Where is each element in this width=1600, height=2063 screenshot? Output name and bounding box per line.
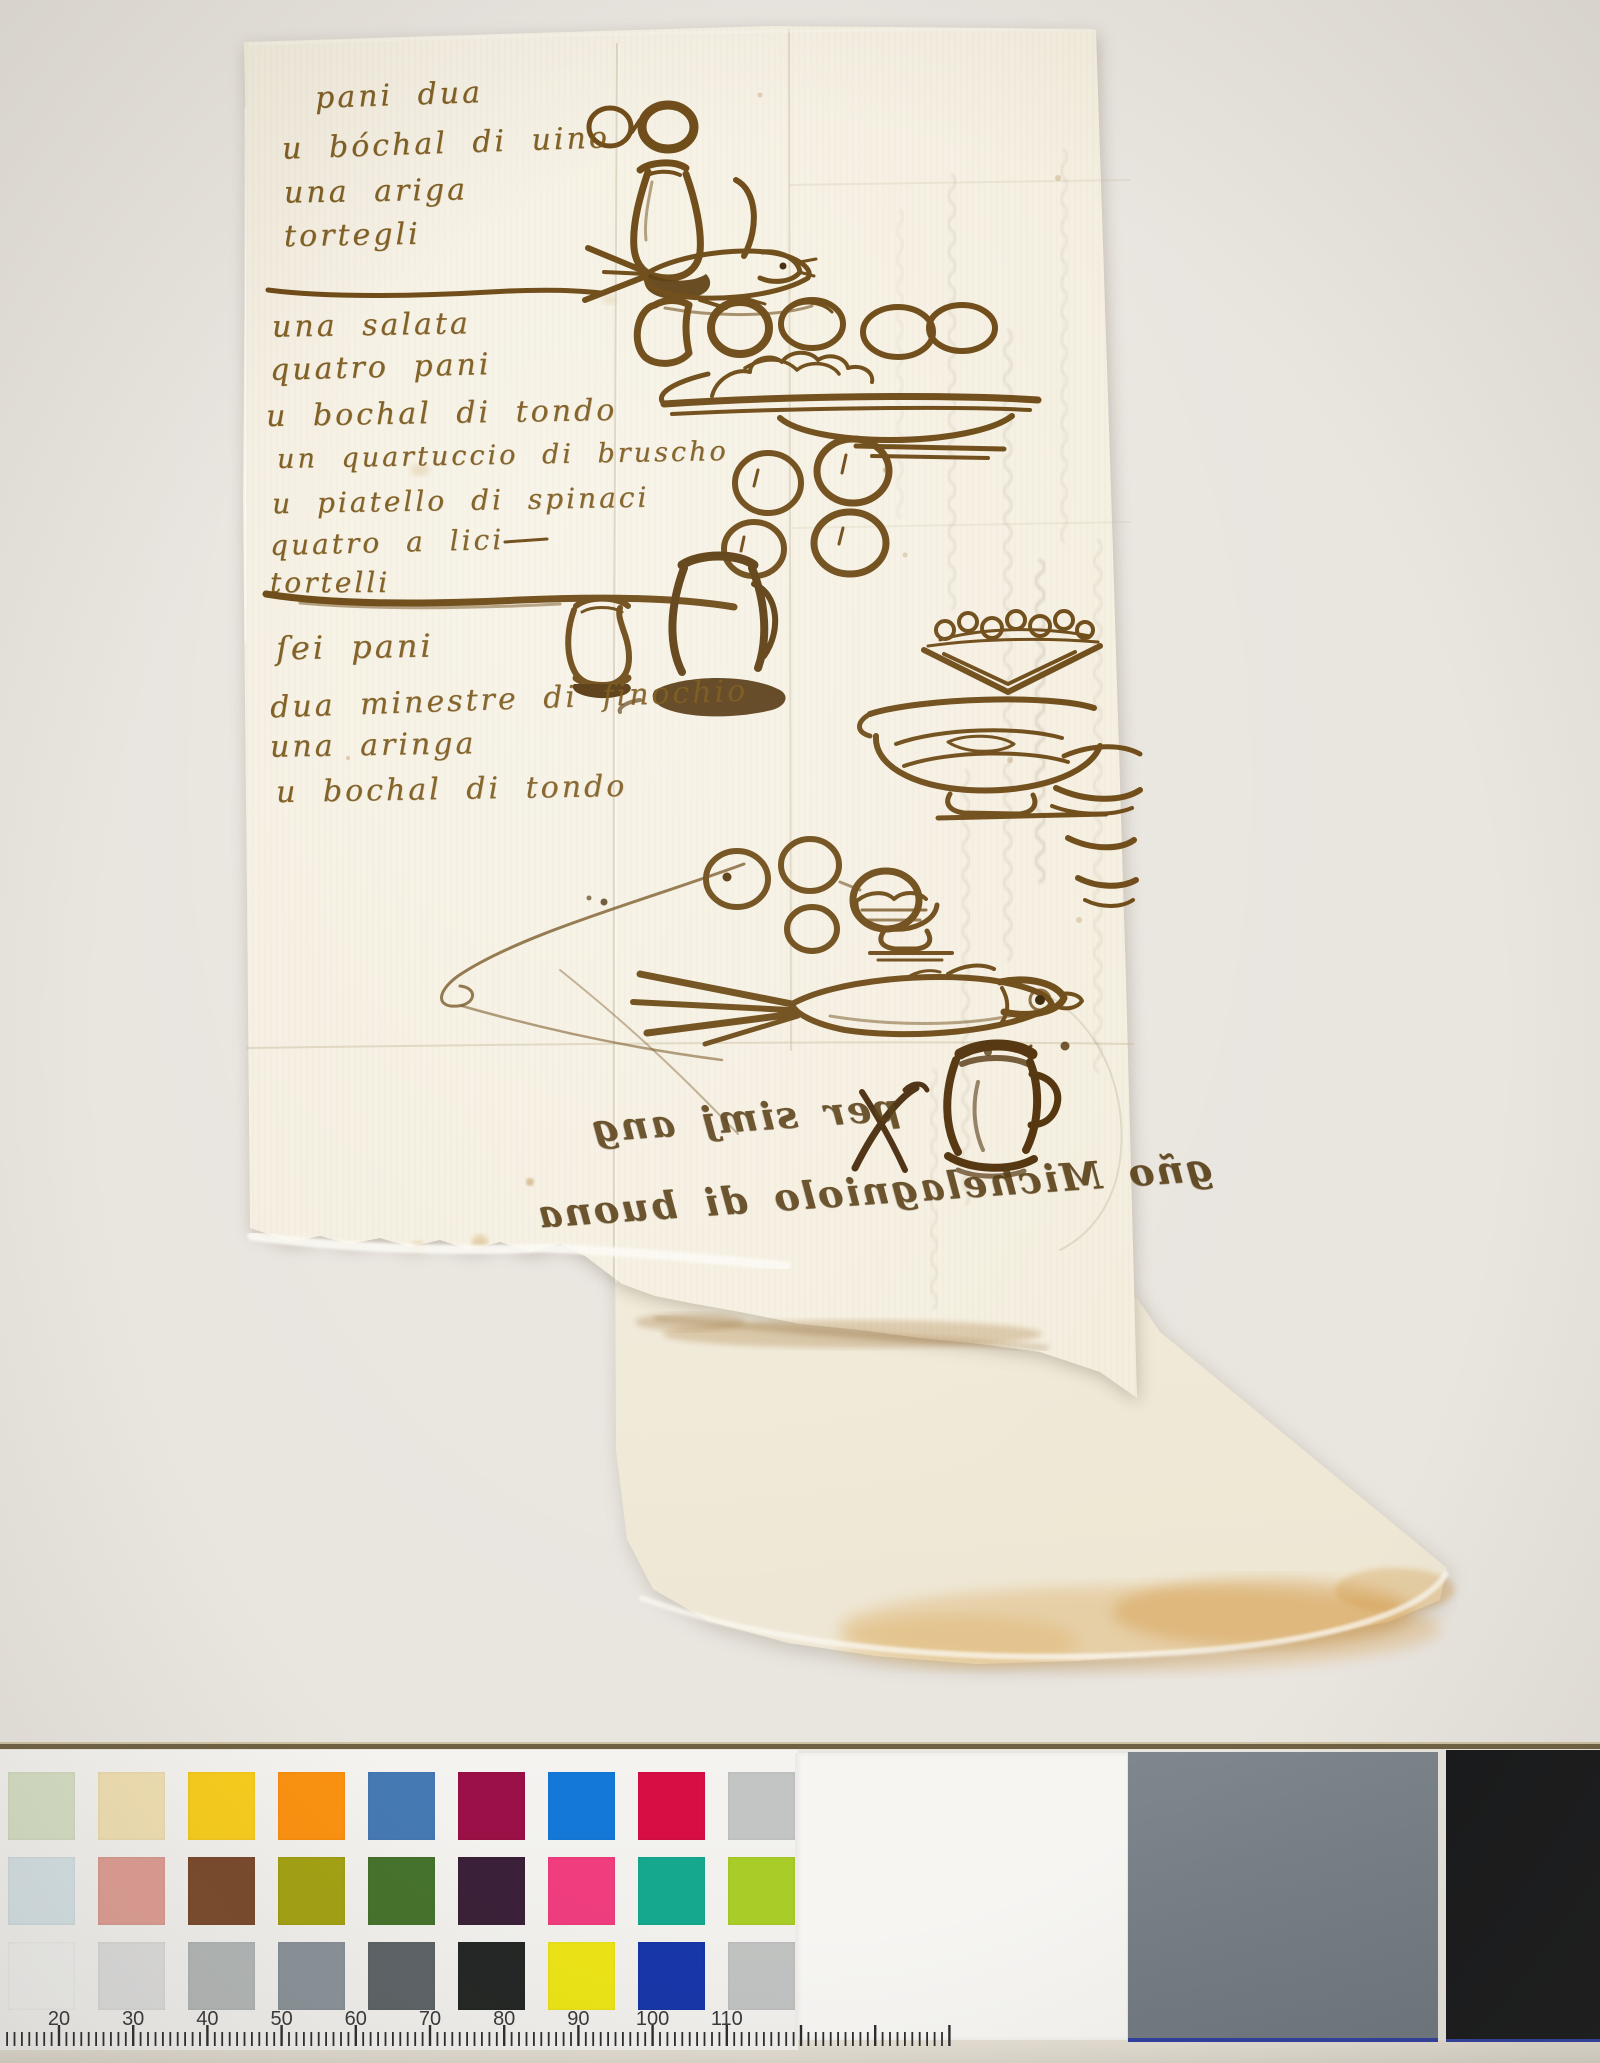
manuscript-line: quatro a lici bbox=[270, 523, 505, 562]
manuscript-line: pani dua bbox=[314, 75, 483, 116]
mirror-writing-line: gño Michelagniolo di buona bbox=[534, 1144, 1214, 1236]
card-edge-line bbox=[0, 1742, 1600, 1749]
manuscript-line: quatro pani bbox=[270, 347, 492, 388]
manuscript-line: tortelli bbox=[270, 566, 390, 599]
manuscript-line: u bochal di tondo bbox=[266, 393, 618, 434]
manuscript-line: tortegli bbox=[284, 217, 421, 254]
manuscript-line: un quartuccio di bruscho bbox=[277, 436, 729, 475]
manuscript-line: dua minestre di finochio bbox=[270, 674, 749, 726]
manuscript-line: una aringa bbox=[270, 726, 477, 765]
manuscript-text: pani dua u bóchal di uino una ariga tort… bbox=[0, 0, 1600, 2063]
manuscript-line: una ariga bbox=[284, 172, 469, 210]
manuscript-line: u bochal di tondo bbox=[276, 769, 628, 810]
manuscript-photograph: pani dua u bóchal di uino una ariga tort… bbox=[0, 0, 1600, 2063]
manuscript-line: u bóchal di uino bbox=[281, 120, 610, 166]
manuscript-line: una salata bbox=[272, 306, 471, 344]
manuscript-line: u piatello di spinaci bbox=[272, 481, 650, 521]
mirror-writing-line: per simj ang bbox=[589, 1084, 901, 1151]
manuscript-line: ſei pani bbox=[276, 627, 434, 668]
